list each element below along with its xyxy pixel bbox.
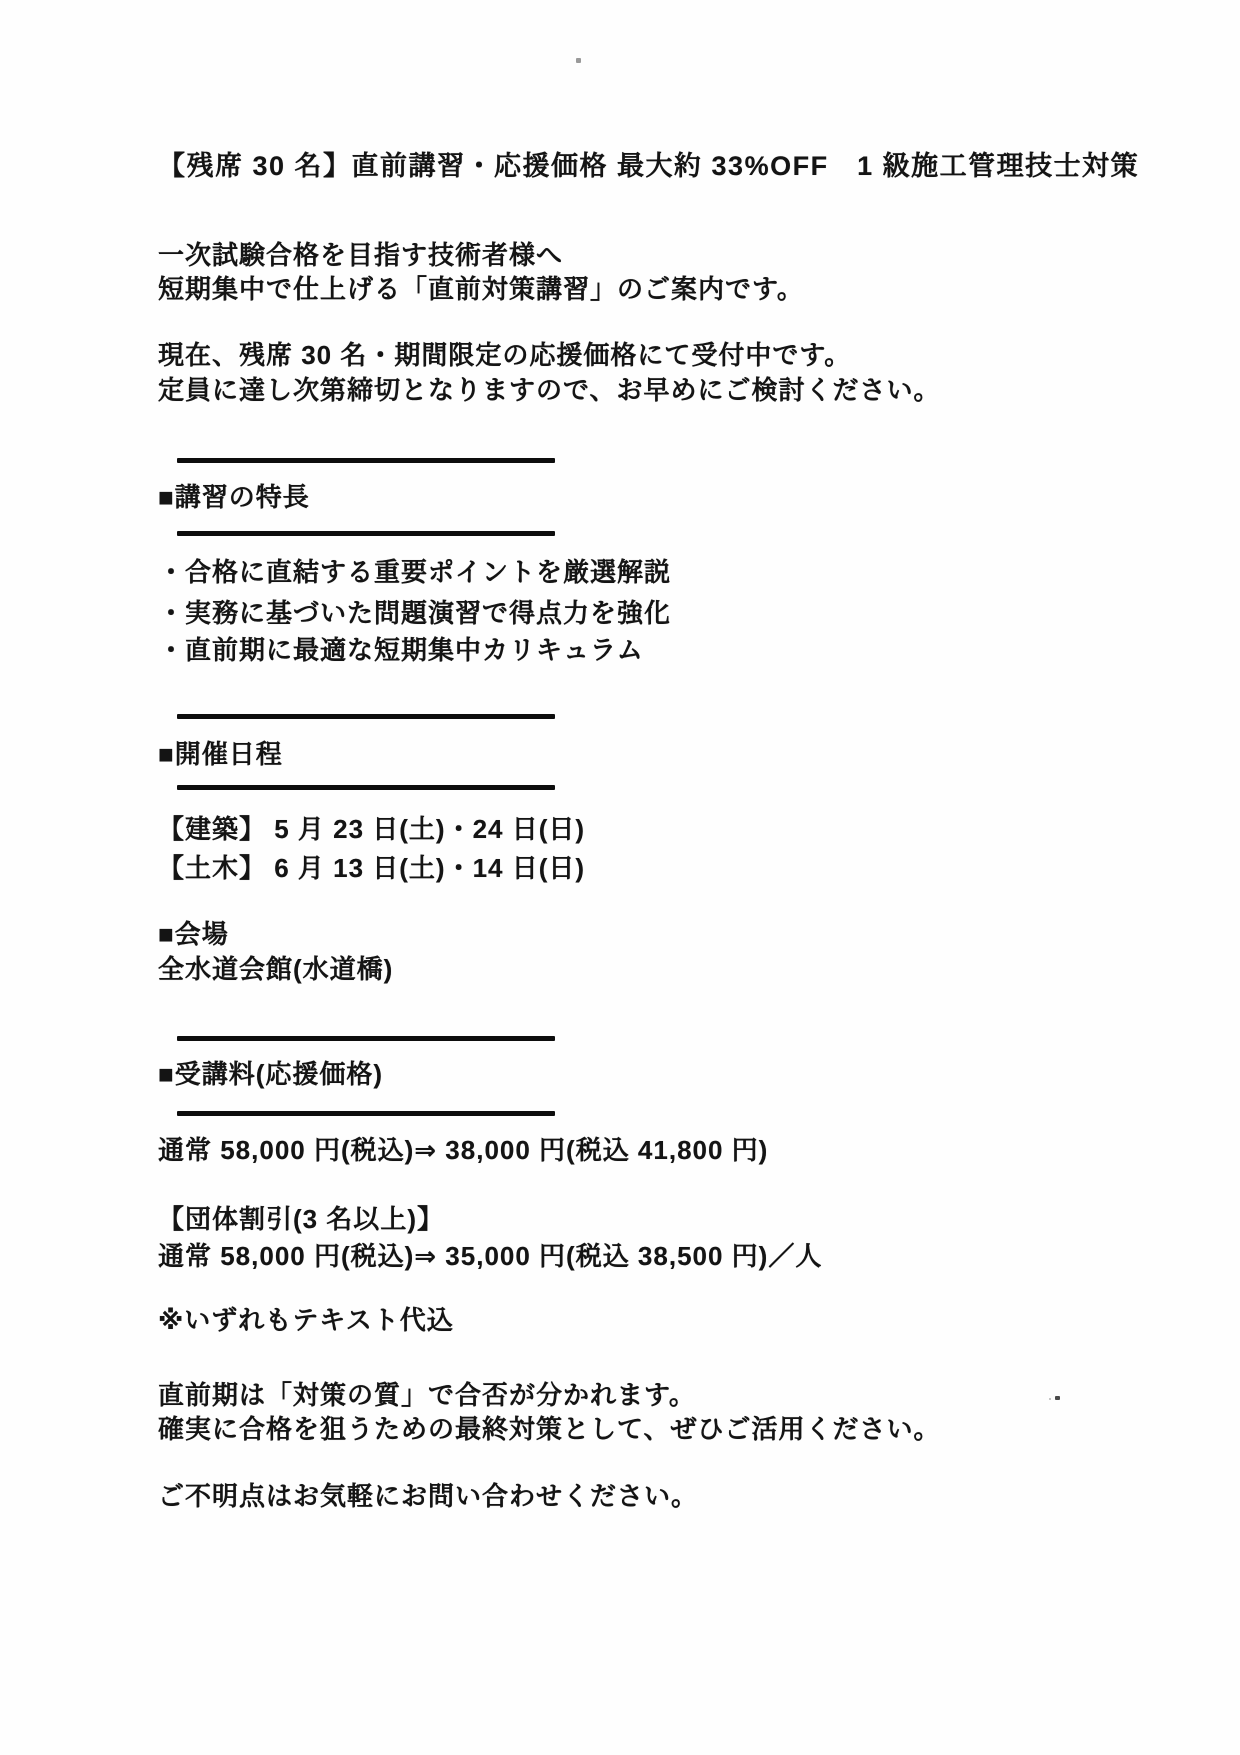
section-divider bbox=[177, 458, 555, 463]
schedule-item-kenchiku: 【建築】 5 月 23 日(土)・24 日(日) bbox=[158, 810, 585, 848]
feature-item: ・直前期に最適な短期集中カリキュラム bbox=[158, 631, 644, 669]
features-heading: ■講習の特長 bbox=[158, 479, 310, 515]
pricing-regular: 通常 58,000 円(税込)⇒ 38,000 円(税込 41,800 円) bbox=[158, 1133, 768, 1167]
pricing-heading: ■受講料(応援価格) bbox=[158, 1056, 383, 1092]
pricing-note: ※いずれもテキスト代込 bbox=[158, 1303, 454, 1337]
availability-line-1: 現在、残席 30 名・期間限定の応援価格にて受付中です。 bbox=[158, 338, 851, 372]
venue-name: 全水道会館(水道橋) bbox=[158, 951, 393, 987]
closing-line-1: 直前期は「対策の質」で合否が分かれます。 bbox=[158, 1378, 696, 1412]
scan-artifact-dot bbox=[576, 58, 581, 63]
section-divider bbox=[177, 1036, 555, 1041]
intro-line-2: 短期集中で仕上げる「直前対策講習」のご案内です。 bbox=[158, 272, 804, 306]
venue-heading: ■会場 bbox=[158, 916, 229, 952]
section-divider bbox=[177, 1111, 555, 1116]
scan-artifact-dot bbox=[1049, 1398, 1051, 1400]
document-title: 【残席 30 名】直前講習・応援価格 最大約 33%OFF 1 級施工管理技士対… bbox=[158, 148, 1139, 184]
schedule-heading: ■開催日程 bbox=[158, 736, 283, 772]
section-divider bbox=[177, 714, 555, 719]
pricing-group-price: 通常 58,000 円(税込)⇒ 35,000 円(税込 38,500 円)／人 bbox=[158, 1238, 822, 1275]
section-divider bbox=[177, 785, 555, 790]
intro-line-1: 一次試験合格を目指す技術者様へ bbox=[158, 238, 563, 272]
section-divider bbox=[177, 531, 555, 536]
schedule-item-doboku: 【土木】 6 月 13 日(土)・14 日(日) bbox=[158, 849, 585, 887]
closing-line-2: 確実に合格を狙うための最終対策として、ぜひご活用ください。 bbox=[158, 1412, 940, 1446]
scan-artifact-dot bbox=[1055, 1396, 1060, 1400]
pricing-group-title: 【団体割引(3 名以上)】 bbox=[158, 1201, 444, 1238]
feature-item: ・実務に基づいた問題演習で得点力を強化 bbox=[158, 594, 671, 632]
closing-contact: ご不明点はお気軽にお問い合わせください。 bbox=[158, 1479, 698, 1513]
scanned-document-page: 【残席 30 名】直前講習・応援価格 最大約 33%OFF 1 級施工管理技士対… bbox=[0, 0, 1240, 1755]
availability-line-2: 定員に達し次第締切となりますので、お早めにご検討ください。 bbox=[158, 373, 940, 407]
feature-item: ・合格に直結する重要ポイントを厳選解説 bbox=[158, 553, 671, 591]
